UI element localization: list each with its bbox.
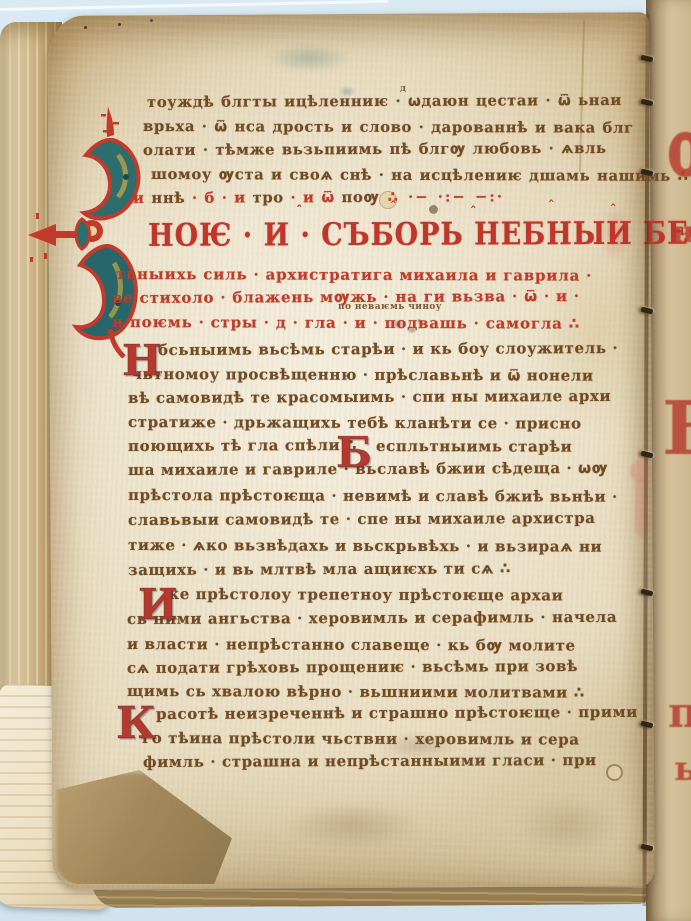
- text-line: же прѣстолоу трепетноу прѣстоѥще архаи: [164, 585, 563, 604]
- text-segment: же прѣстолоу трепетноу прѣстоѥще архаи: [164, 585, 563, 604]
- text-segment: фимль · страшна и непрѣстанныими гласи ·…: [143, 751, 597, 771]
- text-line: славьвыи самовидѣ те · спе ны михаиле ар…: [128, 509, 596, 529]
- rubricated-initial: Н: [122, 340, 162, 382]
- text-segment: сѧ подати грѣховь прощениѥ · вьсѣмь при …: [127, 657, 578, 677]
- rubricated-initial: К: [116, 702, 156, 746]
- facing-page-letter-fragment: Б: [662, 392, 691, 466]
- text-segment: тьныихь силь · архистратига михаила и га…: [116, 265, 592, 285]
- text-line: олати · тѣмже вьзьпиимь пѣ блгѹ любовь ·…: [143, 140, 607, 159]
- text-line: тоуждѣ блгты ицѣленниѥ · ѡдаюн цестаи · …: [147, 92, 622, 111]
- text-segment: славьвыи самовидѣ те · спе ны михаиле ар…: [128, 509, 596, 529]
- text-segment: поющихь тѣ гла спѣли ∴: [128, 436, 357, 455]
- red-accent-mark: ˆ: [390, 200, 397, 215]
- text-segment: ннѣ: [151, 190, 192, 207]
- text-line: тиже · ѧко вьзвѣдахь и вьскрьвѣхь · и вь…: [128, 536, 602, 556]
- text-segment: ∴ ·− ·:− −:·: [379, 188, 504, 206]
- text-segment: сь ними ангьства · херовимль и серафимль…: [127, 608, 617, 628]
- text-line: защихь · и вь млтвѣ мла ащиѥхь ти сѧ ∴: [128, 559, 511, 579]
- text-line: и поѥмь · стры · д · гла · и · подвашь ·…: [112, 313, 580, 333]
- text-segment: тоуждѣ блгты ицѣленниѥ · ѡдаюн цестаи · …: [147, 92, 622, 111]
- text-segment: бсьныимь вьсѣмь старѣи · и кь боу слоужи…: [158, 339, 618, 359]
- text-segment: · б · и: [192, 189, 253, 206]
- text-line: ве стихоло · блажень мѹжь · на ги вьзва …: [112, 287, 580, 307]
- text-line: расотѣ неизреченнѣ и страшно прѣстоѥще ·…: [156, 703, 638, 723]
- text-segment: поѹ: [341, 189, 379, 206]
- text-line: прѣстола прѣстоѥща · невимѣ и славѣ бжиѣ…: [128, 486, 618, 506]
- text-segment: вѣ самовидѣ те красомыимь · спи ны михаи…: [128, 387, 611, 407]
- rubricated-initial: И: [138, 584, 178, 626]
- text-line: сь ними ангьства · херовимль и серафимль…: [127, 608, 617, 628]
- text-segment: чьтномоу просвѣщенню · прѣславьнѣ и ѿ но…: [131, 365, 594, 385]
- text-line: еспльтныимь старѣи: [376, 437, 572, 456]
- text-segment: тиже · ѧко вьзвѣдахь и вьскрьвѣхь · и вь…: [128, 536, 602, 556]
- text-line: чьтномоу просвѣщенню · прѣславьнѣ и ѿ но…: [131, 365, 594, 385]
- text-segment: тро: [253, 189, 291, 206]
- facing-page-letter-fragment: ь: [674, 752, 691, 786]
- text-line: шомоу ѹста и своѧ снѣ · на исцѣлениѥ дша…: [151, 166, 689, 185]
- text-segment: прѣстола прѣстоѥща · невимѣ и славѣ бжиѣ…: [128, 486, 618, 506]
- text-line: и власти · непрѣстанно славеще · кь бѹ м…: [127, 635, 576, 655]
- text-line: и ннѣ · б · и тро · и ѿ поѹ ∴ ·− ·:− −:·: [133, 188, 504, 207]
- text-segment: и поѥмь · стры · д · гла · и · подвашь ·…: [112, 313, 580, 333]
- text-segment: олати · тѣмже вьзьпиимь пѣ блгѹ любовь ·…: [143, 140, 607, 159]
- facing-page-letter-fragment: Ѹ: [666, 126, 691, 186]
- text-line: го тѣина прѣстоли чьствни · херовимль и …: [142, 729, 580, 749]
- red-accent-mark: ˆ: [610, 203, 617, 218]
- text-line: поющихь тѣ гла спѣли ∴: [128, 436, 357, 455]
- text-segment: ве стихоло · блажень мѹжь · на ги вьзва …: [112, 287, 580, 307]
- rubricated-initial: Б: [336, 432, 372, 474]
- red-accent-mark: ˆ: [470, 205, 477, 220]
- text-line: сѧ подати грѣховь прощениѥ · вьсѣмь при …: [127, 657, 578, 677]
- text-segment: и: [133, 190, 151, 207]
- text-segment: шомоу ѹста и своѧ снѣ · на исцѣлениѥ дша…: [151, 166, 689, 185]
- red-accent-mark: ˆ: [296, 204, 303, 219]
- text-line: фимль · страшна и непрѣстанныими гласи ·…: [143, 751, 597, 771]
- text-line: вѣ самовидѣ те красомыимь · спи ны михаи…: [128, 387, 611, 407]
- facing-page-letter-fragment: н: [672, 218, 691, 248]
- text-line: тьныихь силь · архистратига михаила и га…: [116, 265, 592, 285]
- text-segment: го тѣина прѣстоли чьствни · херовимль и …: [142, 729, 580, 749]
- text-segment: щимь сь хвалою вѣрно · вьшниими молитвам…: [127, 682, 585, 702]
- text-segment: и власти · непрѣстанно славеще · кь бѹ м…: [127, 635, 576, 655]
- facing-page-letter-fragment: п: [668, 692, 691, 734]
- manuscript-photo: НОѤ · И · СЪБОРЬ НЕБНЫИ БЕСПЛ по неваѥмь…: [0, 0, 691, 921]
- text-segment: расотѣ неизреченнѣ и страшно прѣстоѥще ·…: [156, 703, 638, 723]
- text-line: щимь сь хвалою вѣрно · вьшниими молитвам…: [127, 682, 585, 702]
- text-line: врьха · ѿ нса дрость и слово · дарованнѣ…: [143, 118, 634, 137]
- text-line: бсьныимь вьсѣмь старѣи · и кь боу слоужи…: [158, 339, 618, 359]
- text-segment: врьха · ѿ нса дрость и слово · дарованнѣ…: [143, 118, 634, 137]
- red-accent-mark: ˆ: [548, 199, 555, 214]
- text-segment: защихь · и вь млтвѣ мла ащиѥхь ти сѧ ∴: [128, 559, 511, 579]
- text-segment: еспльтныимь старѣи: [376, 437, 572, 456]
